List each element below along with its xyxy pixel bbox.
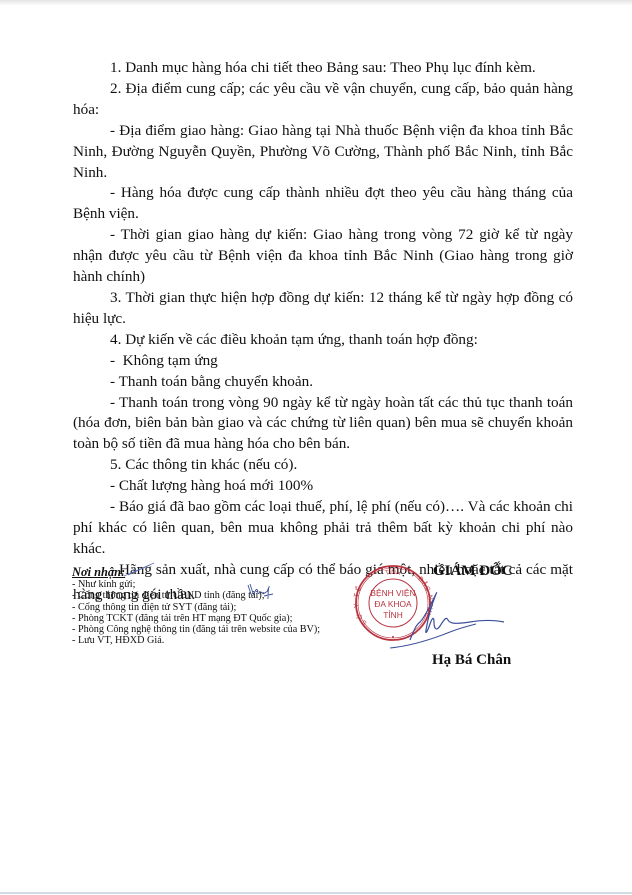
paragraph-quality: - Chất lượng hàng hoá mới 100% xyxy=(73,476,573,497)
director-title: GIÁM ĐỐC xyxy=(433,563,513,580)
recipient-item: - Cổng thông tin điện tử SYT (đăng tải); xyxy=(72,602,320,613)
handwritten-mark-icon xyxy=(122,562,156,581)
page-bottom-edge xyxy=(0,892,632,894)
document-body: 1. Danh mục hàng hóa chi tiết theo Bảng … xyxy=(73,58,573,608)
director-signature-icon xyxy=(390,580,510,660)
paragraph-payment-period: - Thanh toán trong vòng 90 ngày kể từ ng… xyxy=(73,393,573,456)
recipient-item: - Như kính gửi; xyxy=(72,579,320,590)
recipient-item: - Lưu VT, HĐXD Giá. xyxy=(72,635,320,646)
paragraph-delivery-time: - Thời gian giao hàng dự kiến: Giao hàng… xyxy=(73,225,573,288)
paragraph-price-inclusions: - Báo giá đã bao gồm các loại thuế, phí,… xyxy=(73,497,573,560)
recipients-block: Nơi nhận: - Như kính gửi; - Cổng thông t… xyxy=(72,566,320,647)
recipients-title: Nơi nhận: xyxy=(72,566,320,579)
paragraph-delivery-address: - Địa điểm giao hàng: Giao hàng tại Nhà … xyxy=(73,121,573,184)
recipients-list: - Như kính gửi; - Cổng thông tin điện tử… xyxy=(72,579,320,647)
recipient-item: - Phòng Công nghệ thông tin (đăng tải tr… xyxy=(72,624,320,635)
paragraph-bank-transfer: - Thanh toán bằng chuyển khoản. xyxy=(73,372,573,393)
paragraph-delivery-location-heading: 2. Địa điểm cung cấp; các yêu cầu về vận… xyxy=(73,79,573,121)
director-name: Hạ Bá Chân xyxy=(432,652,511,669)
paragraph-other-info: 5. Các thông tin khác (nếu có). xyxy=(73,455,573,476)
recipient-item: - Phòng TCKT (đăng tải trên HT mạng ĐT Q… xyxy=(72,613,320,624)
page-top-shadow xyxy=(0,0,632,6)
paragraph-contract-duration: 3. Thời gian thực hiện hợp đồng dự kiến:… xyxy=(73,288,573,330)
paragraph-payment-terms-heading: 4. Dự kiến về các điều khoản tạm ứng, th… xyxy=(73,330,573,351)
paragraph-no-advance: - Không tạm ứng xyxy=(73,351,573,372)
recipient-item: - Cổng thông tin điện tử UBND tỉnh (đăng… xyxy=(72,590,320,601)
paragraph-goods-list: 1. Danh mục hàng hóa chi tiết theo Bảng … xyxy=(73,58,573,79)
paragraph-delivery-batches: - Hàng hóa được cung cấp thành nhiều đợt… xyxy=(73,183,573,225)
